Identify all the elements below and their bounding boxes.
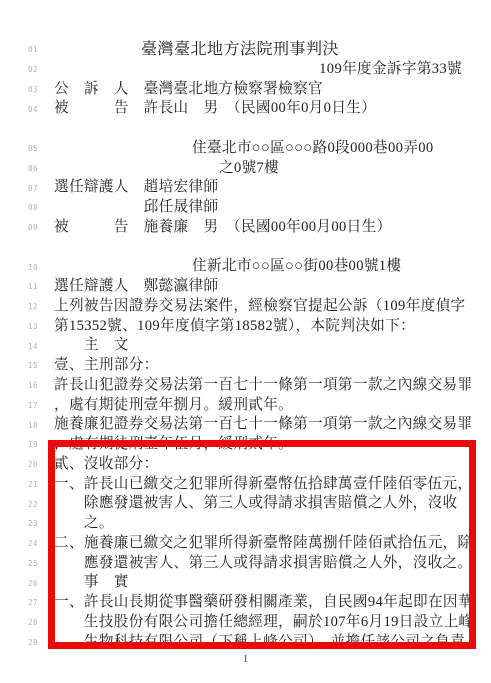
line-number: 12 <box>0 302 54 311</box>
line-text: 主 文 <box>54 336 462 356</box>
line-number: 14 <box>0 342 54 351</box>
document-line: 02 109年度金訴字第33號 <box>0 60 491 80</box>
line-number: 05 <box>0 144 54 153</box>
line-text: 選任辯護人 趙培宏律師 <box>54 178 462 198</box>
document-line: 07 選任辯護人 趙培宏律師 <box>0 178 491 198</box>
line-number: 15 <box>0 361 54 370</box>
document-line: 27 一、許長山長期從事醫藥研發相關產業，自民國94年起即在因華 <box>0 593 491 613</box>
document-line: 17 ，處有期徒刑壹年捌月。緩刑貳年。 <box>0 396 491 416</box>
line-text: 第15352號、109年度偵字第18582號），本院判決如下： <box>54 317 462 337</box>
line-number: 04 <box>0 105 54 114</box>
line-text: 被 告 施養廉 男 （民國00年00月00日生） <box>54 218 462 238</box>
line-text: 公 訴 人 臺灣臺北地方檢察署檢察官 <box>54 80 462 100</box>
document-line: 20 貳、沒收部分： <box>0 455 491 475</box>
line-number: 19 <box>0 440 54 449</box>
document-line: 28 生技股份有限公司擔任總經理，嗣於107年6月19日設立上峰 <box>0 613 491 633</box>
document-line: 21 一、許長山已繳交之犯罪所得新臺幣伍拾肆萬壹仟陸佰零伍元， <box>0 475 491 495</box>
document-line: 26 事 實 <box>0 573 491 593</box>
line-text: 生物科技有限公司（下稱上峰公司），並擔任該公司之負責 <box>54 633 465 653</box>
line-number: 02 <box>0 65 54 74</box>
line-number: 16 <box>0 381 54 390</box>
document-line: 08 邱任晟律師 <box>0 198 491 218</box>
document-line: 09 被 告 施養廉 男 （民國00年00月00日生） <box>0 218 491 238</box>
page-number: 1 <box>0 653 491 665</box>
line-text: 應發還被害人、第三人或得請求損害賠償之人外，沒收之。 <box>54 554 472 574</box>
line-number: 09 <box>0 223 54 232</box>
line-text: 事 實 <box>54 573 462 593</box>
line-text: 臺灣臺北地方法院刑事判決 <box>54 40 462 60</box>
line-text: ，處有期徒刑壹年伍月，緩刑貳年。 <box>54 435 462 455</box>
line-text: 壹、主刑部分： <box>54 356 462 376</box>
document-line <box>0 119 491 139</box>
document-body: 01 臺灣臺北地方法院刑事判決 02 109年度金訴字第33號 03 公 訴 人… <box>0 40 491 652</box>
line-number: 01 <box>0 45 54 54</box>
line-text: 邱任晟律師 <box>54 198 462 218</box>
document-line: 29 生物科技有限公司（下稱上峰公司），並擔任該公司之負責 <box>0 633 491 653</box>
line-text: 除應發還被害人、第三人或得請求損害賠償之人外，沒收 <box>54 494 462 514</box>
line-text: 二、施養廉已繳交之犯罪所得新臺幣陸萬捌仟陸佰貳拾伍元，除 <box>54 534 472 554</box>
document-line: 16 許長山犯證券交易法第一百七十一條第一項第一款之內線交易罪 <box>0 376 491 396</box>
line-text: 一、許長山長期從事醫藥研發相關產業，自民國94年起即在因華 <box>54 593 473 613</box>
line-number: 10 <box>0 263 54 272</box>
document-line: 03 公 訴 人 臺灣臺北地方檢察署檢察官 <box>0 80 491 100</box>
document-line: 24 二、施養廉已繳交之犯罪所得新臺幣陸萬捌仟陸佰貳拾伍元，除 <box>0 534 491 554</box>
document-line: 05 住臺北市○○區○○○路0段000巷00弄00 <box>0 139 491 159</box>
document-line: 04 被 告 許長山 男 （民國00年0月0日生） <box>0 99 491 119</box>
line-number: 28 <box>0 618 54 627</box>
line-number: 20 <box>0 460 54 469</box>
document-line: 12 上列被告因證券交易法案件，經檢察官提起公訴（109年度偵字 <box>0 297 491 317</box>
line-text: 一、許長山已繳交之犯罪所得新臺幣伍拾肆萬壹仟陸佰零伍元， <box>54 475 472 495</box>
line-number: 03 <box>0 85 54 94</box>
line-number: 24 <box>0 539 54 548</box>
document-line: 14 主 文 <box>0 336 491 356</box>
line-number: 25 <box>0 559 54 568</box>
document-line: 01 臺灣臺北地方法院刑事判決 <box>0 40 491 60</box>
document-line <box>0 238 491 258</box>
line-number: 22 <box>0 500 54 509</box>
line-text: 住新北市○○區○○街00巷00號1樓 <box>54 257 462 277</box>
line-text: 109年度金訴字第33號 <box>54 60 462 80</box>
document-line: 25 應發還被害人、第三人或得請求損害賠償之人外，沒收之。 <box>0 554 491 574</box>
line-text: 貳、沒收部分： <box>54 455 462 475</box>
line-number: 21 <box>0 480 54 489</box>
line-text: 施養廉犯證券交易法第一百七十一條第一項第一款之內線交易罪 <box>54 415 472 435</box>
line-number: 23 <box>0 519 54 528</box>
line-text: ，處有期徒刑壹年捌月。緩刑貳年。 <box>54 396 462 416</box>
line-number: 27 <box>0 598 54 607</box>
document-line: 15 壹、主刑部分： <box>0 356 491 376</box>
line-number: 11 <box>0 282 54 291</box>
line-text: 選任辯護人 鄭懿瀛律師 <box>54 277 462 297</box>
line-text: 許長山犯證券交易法第一百七十一條第一項第一款之內線交易罪 <box>54 376 472 396</box>
line-text: 住臺北市○○區○○○路0段000巷00弄00 <box>54 139 462 159</box>
line-number: 18 <box>0 421 54 430</box>
line-number: 07 <box>0 184 54 193</box>
judgment-page: 01 臺灣臺北地方法院刑事判決 02 109年度金訴字第33號 03 公 訴 人… <box>0 0 491 683</box>
document-line: 18 施養廉犯證券交易法第一百七十一條第一項第一款之內線交易罪 <box>0 415 491 435</box>
document-line: 06 之0號7樓 <box>0 159 491 179</box>
line-number: 26 <box>0 579 54 588</box>
line-text: 之。 <box>54 514 462 534</box>
document-line: 10 住新北市○○區○○街00巷00號1樓 <box>0 257 491 277</box>
line-text: 上列被告因證券交易法案件，經檢察官提起公訴（109年度偵字 <box>54 297 465 317</box>
document-line: 23 之。 <box>0 514 491 534</box>
document-line: 13 第15352號、109年度偵字第18582號），本院判決如下： <box>0 317 491 337</box>
document-line: 19 ，處有期徒刑壹年伍月，緩刑貳年。 <box>0 435 491 455</box>
line-number: 29 <box>0 638 54 647</box>
line-text: 之0號7樓 <box>54 159 462 179</box>
line-number: 17 <box>0 401 54 410</box>
document-line: 11 選任辯護人 鄭懿瀛律師 <box>0 277 491 297</box>
line-number: 06 <box>0 164 54 173</box>
line-number: 13 <box>0 322 54 331</box>
line-text: 被 告 許長山 男 （民國00年0月0日生） <box>54 99 462 119</box>
line-text: 生技股份有限公司擔任總經理，嗣於107年6月19日設立上峰 <box>54 613 473 633</box>
line-number: 08 <box>0 203 54 212</box>
document-line: 22 除應發還被害人、第三人或得請求損害賠償之人外，沒收 <box>0 494 491 514</box>
